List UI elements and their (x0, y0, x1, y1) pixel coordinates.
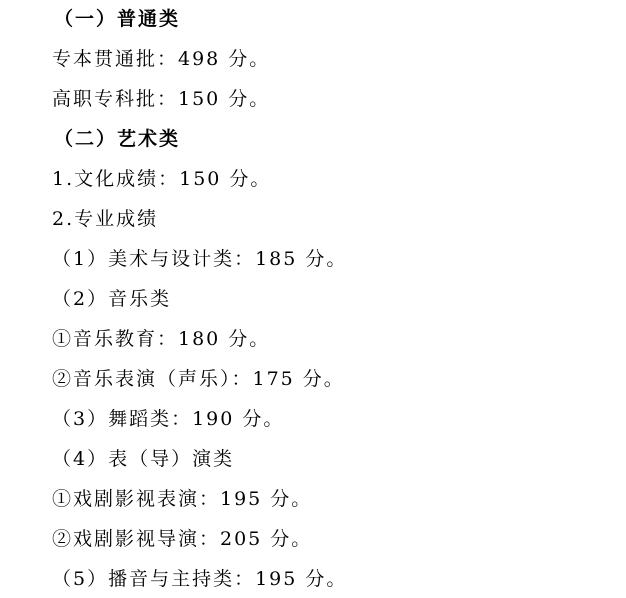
subheading-acting-directing: （4）表（导）演类 (52, 447, 234, 471)
subheading-professional: 2.专业成绩 (52, 207, 158, 231)
score-line-acting: ①戏剧影视表演：195 分。 (52, 487, 312, 511)
score-line-broadcasting: （5）播音与主持类：195 分。 (52, 567, 347, 591)
score-line-directing: ②戏剧影视导演：205 分。 (52, 527, 312, 551)
score-line-music-performance: ②音乐表演（声乐）：175 分。 (52, 367, 345, 391)
section-heading-arts: （二）艺术类 (54, 127, 180, 151)
score-line-fine-arts: （1）美术与设计类：185 分。 (52, 247, 347, 271)
score-line-culture: 1.文化成绩：150 分。 (52, 167, 271, 191)
section-heading-general: （一）普通类 (54, 7, 180, 31)
score-line-music-education: ①音乐教育：180 分。 (52, 327, 270, 351)
score-line-undergrad-pathway: 专本贯通批：498 分。 (52, 47, 270, 71)
subheading-music: （2）音乐类 (52, 287, 171, 311)
score-line-vocational: 高职专科批：150 分。 (52, 87, 270, 111)
score-line-dance: （3）舞蹈类：190 分。 (52, 407, 284, 431)
